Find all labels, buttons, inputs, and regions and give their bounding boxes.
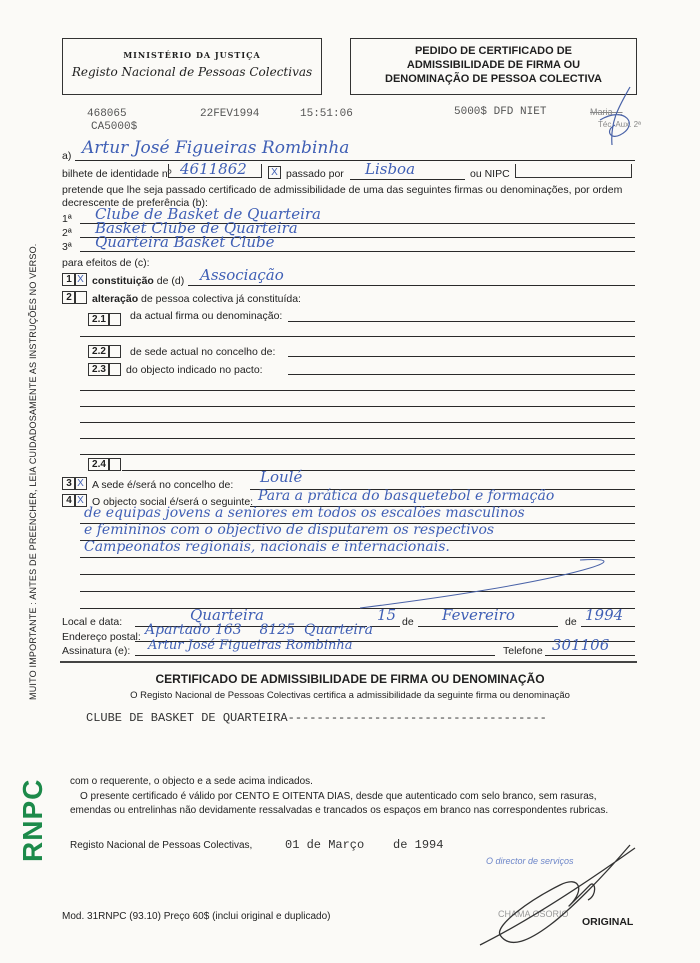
address-field[interactable]: Apartado 163 8125 Quarteira [145,622,373,638]
year-field[interactable]: 1994 [585,606,623,624]
constitution-checkbox[interactable]: X [74,273,87,286]
seat-field[interactable]: Loulé [260,468,302,486]
side-notice: MUITO IMPORTANTE : ANTES DE PREENCHER, L… [28,244,38,700]
nipc-field[interactable] [515,164,632,178]
object-line-2[interactable]: de equipas jovens a seniores em todos os… [84,505,525,521]
id-number-value: 4611862 [180,160,247,178]
issued-label: passado por [286,168,344,180]
de-label-1: de [402,616,414,628]
seat-label: A sede é/será no concelho de: [92,479,233,491]
de-label-2: de [565,616,577,628]
item-2-3-number: 2.3 [88,363,110,376]
issued-checkbox[interactable]: X [268,166,281,179]
stamp-amount-code: CA5000$ [91,121,137,133]
certificate-body-1: com o requerente, o objecto e a sede aci… [70,776,313,787]
preference-ordinal: 3ª [62,241,72,253]
constitution-label-bold: constituição [92,275,154,287]
phone-field[interactable]: 301106 [552,636,609,654]
preference-ordinal: 2ª [62,227,72,239]
alteration-label-rest: de pessoa colectiva já constituída: [138,293,301,305]
item-2-2-label: de sede actual no concelho de: [130,346,275,358]
item-2-1-label: da actual firma ou denominação: [130,310,282,322]
registry-name: Registo Nacional de Pessoas Colectivas [63,65,321,79]
issue-date: 01 de Março de 1994 [285,838,443,852]
ministry-header-box: MINISTÉRIO DA JUSTIÇA Registo Nacional d… [62,38,322,95]
issued-by-field[interactable]: Lisboa [365,160,415,178]
certificate-body-2: O presente certificado é válido por CENT… [70,790,640,818]
signature-field[interactable]: Artur José Figueiras Rombinha [148,638,353,653]
item-2-1-checkbox[interactable] [108,313,121,326]
label-a: a) [62,150,71,162]
alteration-label-bold: alteração [92,293,138,305]
stamp-fee: 5000$ DFD NIET [454,106,546,118]
id-label: bilhete de identidade nº [62,168,172,180]
certified-name: CLUBE DE BASKET DE QUARTEIRA------------… [86,711,547,725]
item-2-2-checkbox[interactable] [108,345,121,358]
phone-label: Telefone [503,645,543,657]
applicant-name-field[interactable]: Artur José Figueiras Rombinha [82,138,349,158]
stamp-time: 15:51:06 [300,108,353,120]
signature-label: Assinatura (e): [62,645,130,657]
issuer-label: Registo Nacional de Pessoas Colectivas, [70,840,252,851]
address-label: Endereço postal: [62,631,141,643]
alteration-label: alteração de pessoa colectiva já constit… [92,293,301,305]
constitution-label-rest: de (d) [154,275,184,287]
object-line-3[interactable]: e femininos com o objectivo de disputare… [84,522,494,538]
seat-checkbox[interactable]: X [74,477,87,490]
place-date-label: Local e data: [62,616,122,628]
constitution-type-field[interactable]: Associação [200,266,284,284]
item-2-3-checkbox[interactable] [108,363,121,376]
constitution-label: constituição de (d) [92,275,184,287]
preference-3-field[interactable]: Quarteira Basket Clube [95,233,275,251]
director-signature-icon [470,840,650,950]
ministry-name: MINISTÉRIO DA JUSTIÇA [63,50,321,60]
effects-label: para efeitos de (c): [62,257,150,269]
copy-label: ORIGINAL [582,916,633,928]
certificate-subtitle: O Registo Nacional de Pessoas Colectivas… [0,690,700,701]
item-2-3-label: do objecto indicado no pacto: [126,364,263,376]
month-field[interactable]: Fevereiro [442,606,515,624]
nipc-label: ou NIPC [470,168,510,180]
form-title: PEDIDO DE CERTIFICADO DE ADMISSIBILIDADE… [351,44,636,86]
alteration-checkbox[interactable] [74,291,87,304]
clerk-initials-icon [590,85,650,155]
item-2-2-number: 2.2 [88,345,110,358]
item-2-4-number: 2.4 [88,458,110,471]
model-info: Mod. 31RNPC (93.10) Preço 60$ (inclui or… [62,911,330,922]
item-2-1-number: 2.1 [88,313,110,326]
stamp-code: 468065 [87,108,127,120]
stamp-date: 22FEV1994 [200,108,259,120]
item-2-4-checkbox[interactable] [108,458,121,471]
day-field[interactable]: 15 [377,606,396,624]
rnpc-logo: RNPC [17,779,49,862]
object-line-4[interactable]: Campeonatos regionais, nacionais e inter… [84,539,450,555]
certificate-title: CERTIFICADO DE ADMISSIBILIDADE DE FIRMA … [0,672,700,686]
object-line-1[interactable]: Para a prática do basquetebol e formação [258,488,554,504]
preference-ordinal: 1ª [62,213,72,225]
